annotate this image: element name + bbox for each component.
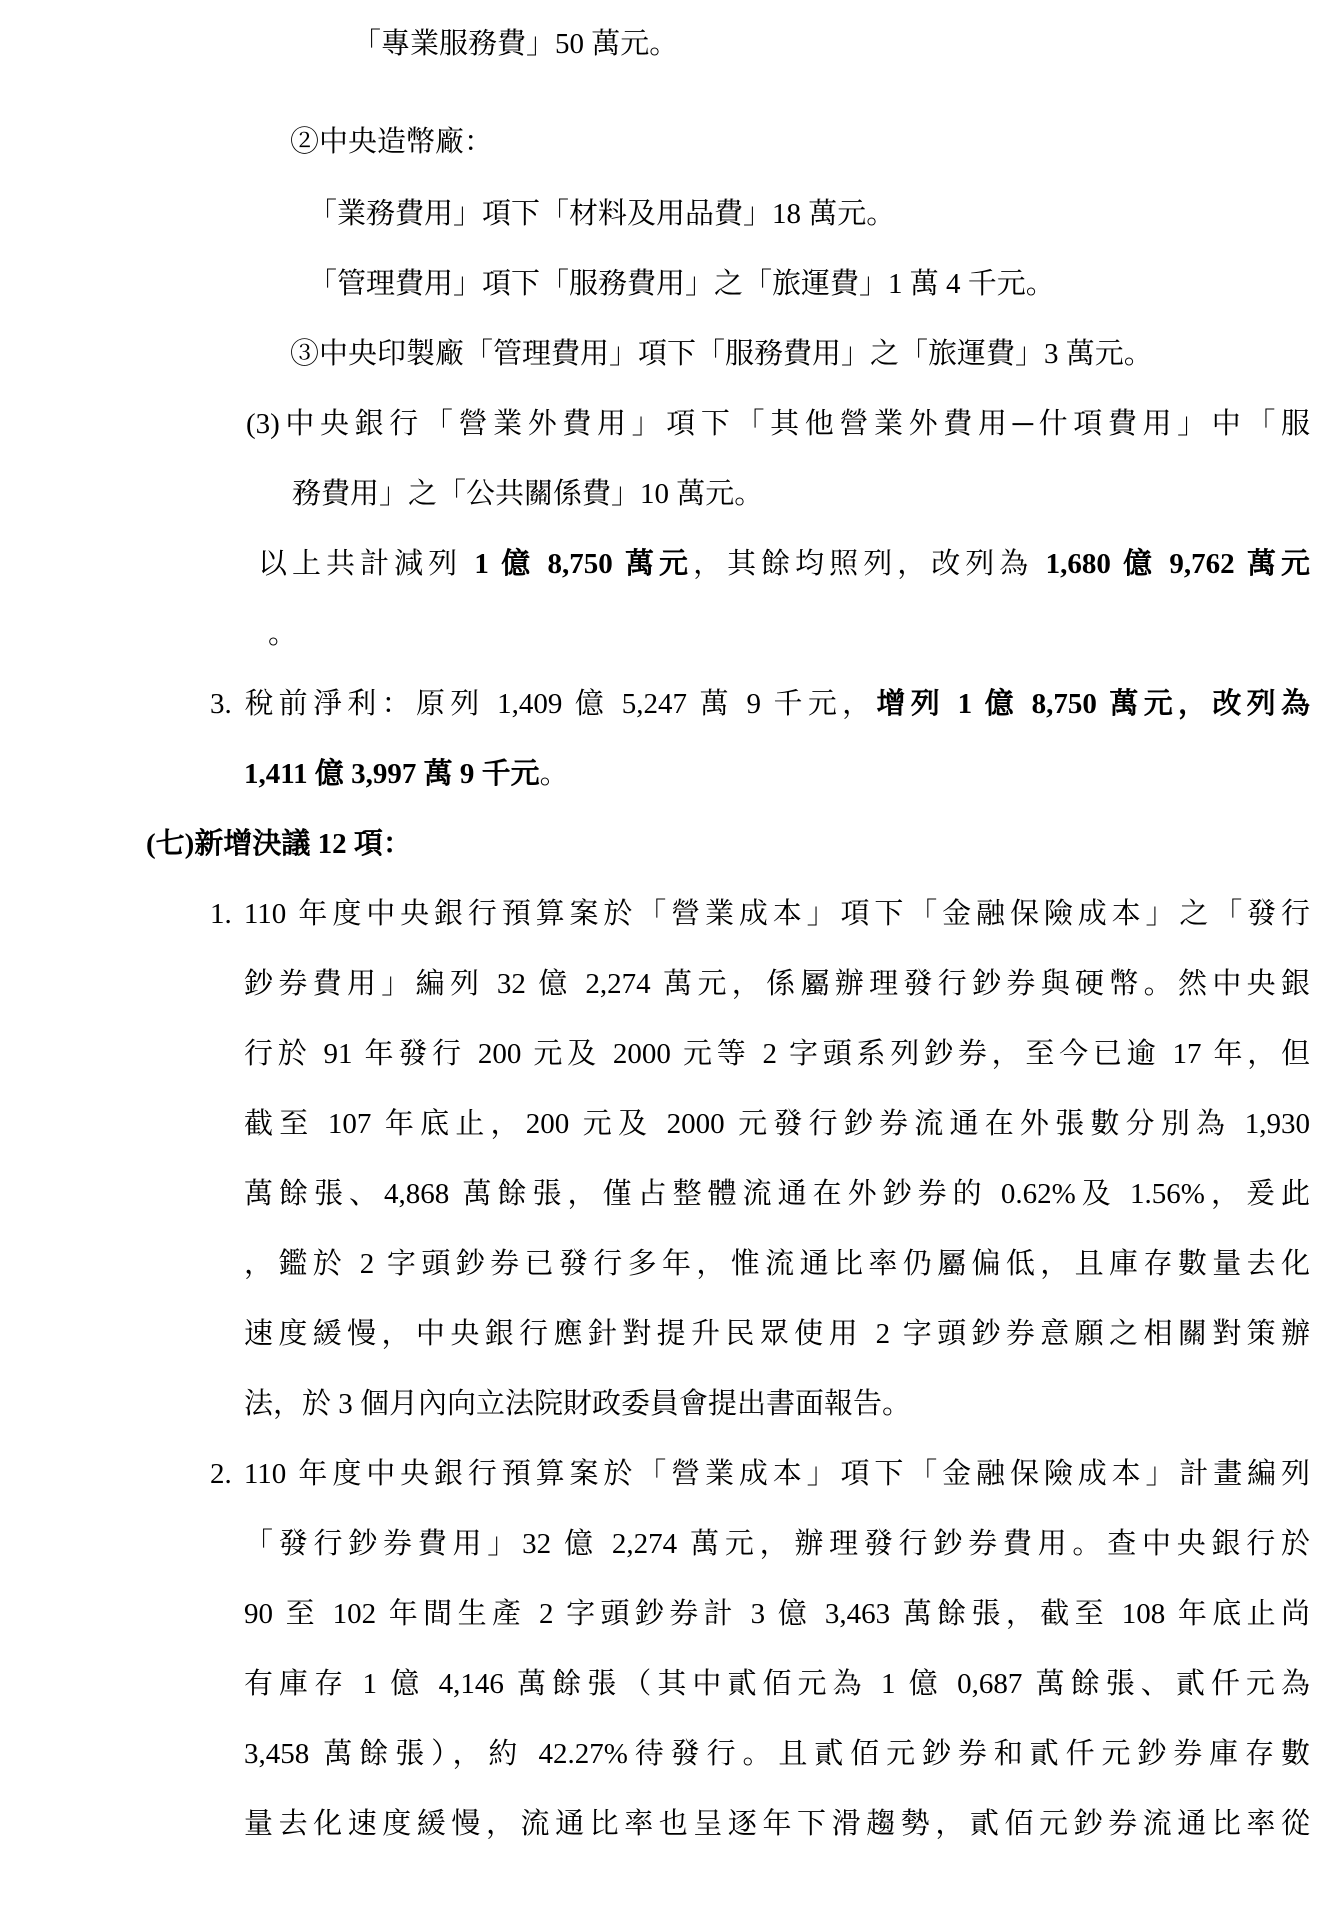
text-line: 1,411 億 3,997 萬 9 千元。 [244,756,569,792]
text-segment: 有庫存 1 億 4,146 萬餘張（其中貳佰元為 1 億 0,687 萬餘張、貳… [244,1668,1310,1700]
text-segment: 行於 91 年發行 200 元及 2000 元等 2 字頭系列鈔券，至今已逾 1… [244,1038,1310,1070]
text-segment: ，其餘均照列，改列為 [693,548,1046,580]
text-line: 90 至 102 年間生產 2 字頭鈔券計 3 億 3,463 萬餘張，截至 1… [244,1596,1310,1632]
text-line: ③中央印製廠「管理費用」項下「服務費用」之「旅運費」3 萬元。 [290,336,1153,372]
text-line: 行於 91 年發行 200 元及 2000 元等 2 字頭系列鈔券，至今已逾 1… [244,1036,1310,1072]
text-line: 務費用」之「公共關係費」10 萬元。 [292,476,763,512]
text-line: 「發行鈔券費用」32 億 2,274 萬元，辦理發行鈔券費用。查中央銀行於 [244,1526,1310,1562]
text-line: 鈔券費用」編列 32 億 2,274 萬元，係屬辦理發行鈔券與硬幣。然中央銀 [244,966,1310,1002]
text-line: 「業務費用」項下「材料及用品費」18 萬元。 [308,196,895,232]
text-segment: 1. 110 年度中央銀行預算案於「營業成本」項下「金融保險成本」之「發行 [210,898,1310,930]
text-line: 。 [268,616,297,652]
text-segment: ②中央造幣廠： [290,126,493,158]
text-segment: 「專業服務費」50 萬元。 [352,28,678,60]
text-line: (3)中央銀行「營業外費用」項下「其他營業外費用─什項費用」中「服 [246,406,1310,442]
text-segment: 「發行鈔券費用」32 億 2,274 萬元，辦理發行鈔券費用。查中央銀行於 [244,1528,1310,1560]
text-segment: 。 [268,618,297,650]
text-line: 2. 110 年度中央銀行預算案於「營業成本」項下「金融保險成本」計畫編列 [210,1456,1310,1492]
text-segment: 「業務費用」項下「材料及用品費」18 萬元。 [308,198,895,230]
bold-text: 1 億 8,750 萬元 [474,548,693,580]
text-line: ，鑑於 2 字頭鈔券已發行多年，惟流通比率仍屬偏低，且庫存數量去化 [244,1246,1310,1282]
text-segment: (3)中央銀行「營業外費用」項下「其他營業外費用─什項費用」中「服 [246,408,1310,440]
text-segment: 量去化速度緩慢，流通比率也呈逐年下滑趨勢，貳佰元鈔券流通比率從 [244,1808,1310,1840]
bold-text: 1,411 億 3,997 萬 9 千元 [244,758,540,790]
text-segment: 截至 107 年底止，200 元及 2000 元發行鈔券流通在外張數分別為 1,… [244,1108,1310,1140]
text-line: 「專業服務費」50 萬元。 [352,26,678,62]
text-line: 3,458 萬餘張），約 42.27%待發行。且貳佰元鈔券和貳仟元鈔券庫存數 [244,1736,1310,1772]
text-line: 速度緩慢，中央銀行應針對提升民眾使用 2 字頭鈔券意願之相關對策辦 [244,1316,1310,1352]
text-segment: 「管理費用」項下「服務費用」之「旅運費」1 萬 4 千元。 [308,268,1055,300]
text-line: 3. 稅前淨利：原列 1,409 億 5,247 萬 9 千元，增列 1 億 8… [210,686,1310,722]
text-line: 1. 110 年度中央銀行預算案於「營業成本」項下「金融保險成本」之「發行 [210,896,1310,932]
text-segment: 法，於 3 個月內向立法院財政委員會提出書面報告。 [244,1388,911,1420]
text-segment: 90 至 102 年間生產 2 字頭鈔券計 3 億 3,463 萬餘張，截至 1… [244,1598,1310,1630]
text-line: 以上共計減列 1 億 8,750 萬元，其餘均照列，改列為 1,680 億 9,… [258,546,1310,582]
text-line: 法，於 3 個月內向立法院財政委員會提出書面報告。 [244,1386,911,1422]
text-line: 「管理費用」項下「服務費用」之「旅運費」1 萬 4 千元。 [308,266,1055,302]
bold-text: 1,680 億 9,762 萬元 [1046,548,1310,580]
text-line: 有庫存 1 億 4,146 萬餘張（其中貳佰元為 1 億 0,687 萬餘張、貳… [244,1666,1310,1702]
text-segment: 萬餘張、4,868 萬餘張，僅占整體流通在外鈔券的 0.62%及 1.56%，爰… [244,1178,1310,1210]
text-segment: ，鑑於 2 字頭鈔券已發行多年，惟流通比率仍屬偏低，且庫存數量去化 [244,1248,1310,1280]
bold-text: (七)新增決議 12 項： [146,828,412,860]
text-segment: 務費用」之「公共關係費」10 萬元。 [292,478,763,510]
text-segment: 3,458 萬餘張），約 42.27%待發行。且貳佰元鈔券和貳仟元鈔券庫存數 [244,1738,1310,1770]
text-segment: 。 [540,758,569,790]
text-line: 截至 107 年底止，200 元及 2000 元發行鈔券流通在外張數分別為 1,… [244,1106,1310,1142]
text-line: ②中央造幣廠： [290,124,493,160]
bold-text: 增列 1 億 8,750 萬元，改列為 [876,688,1310,720]
text-segment: 速度緩慢，中央銀行應針對提升民眾使用 2 字頭鈔券意願之相關對策辦 [244,1318,1310,1350]
text-segment: 2. 110 年度中央銀行預算案於「營業成本」項下「金融保險成本」計畫編列 [210,1458,1310,1490]
text-segment: 以上共計減列 [258,548,474,580]
text-segment: ③中央印製廠「管理費用」項下「服務費用」之「旅運費」3 萬元。 [290,338,1153,370]
text-line: 萬餘張、4,868 萬餘張，僅占整體流通在外鈔券的 0.62%及 1.56%，爰… [244,1176,1310,1212]
text-line: 量去化速度緩慢，流通比率也呈逐年下滑趨勢，貳佰元鈔券流通比率從 [244,1806,1310,1842]
text-line: (七)新增決議 12 項： [146,826,412,862]
text-segment: 鈔券費用」編列 32 億 2,274 萬元，係屬辦理發行鈔券與硬幣。然中央銀 [244,968,1310,1000]
text-segment: 3. 稅前淨利：原列 1,409 億 5,247 萬 9 千元， [210,688,876,720]
